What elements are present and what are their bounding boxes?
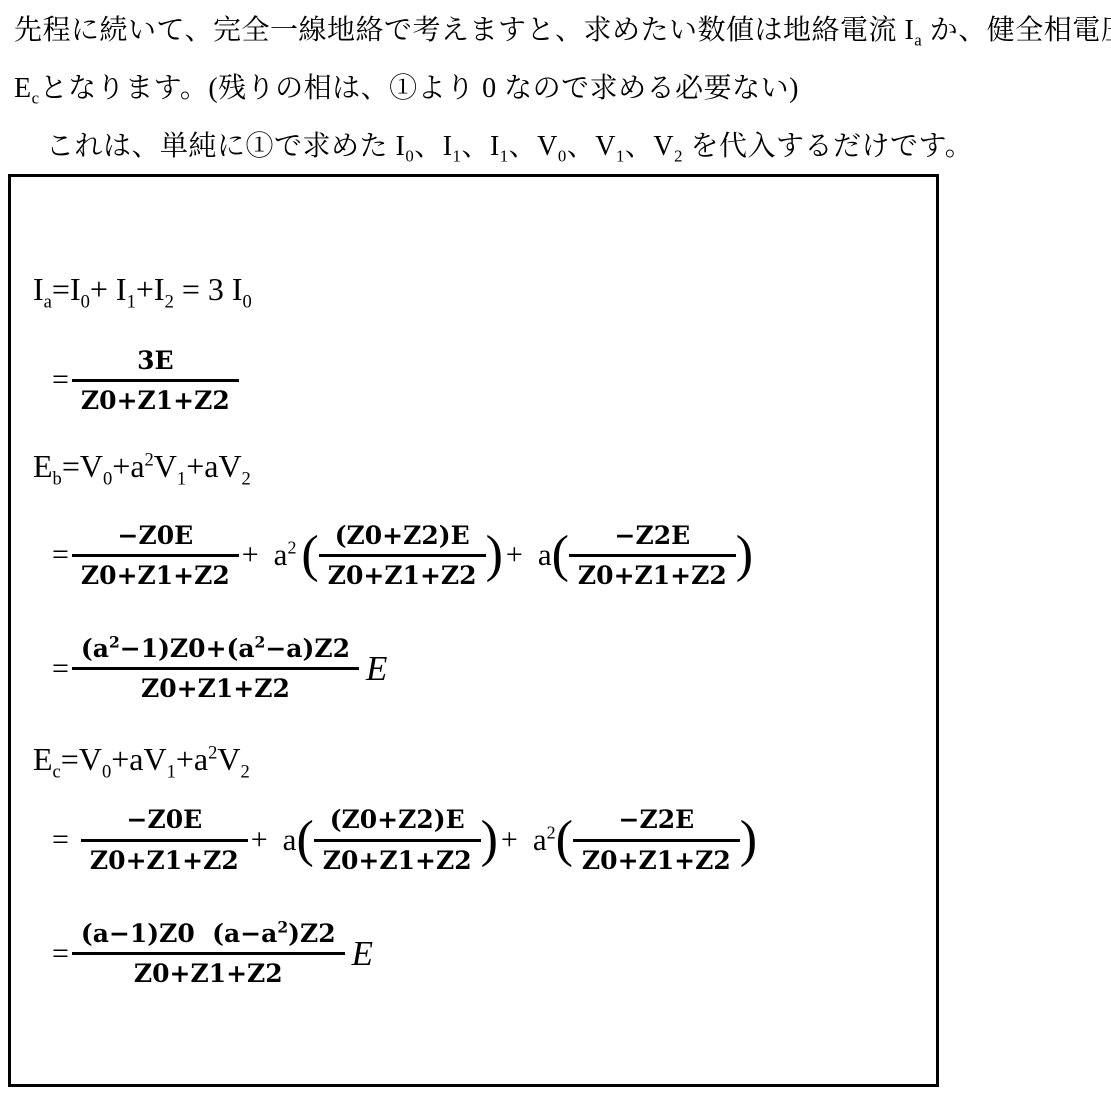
equation-ia-fraction-row: = 3E Z0+Z1+Z2 (49, 345, 936, 417)
denominator: Z0+Z1+Z2 (314, 842, 481, 876)
close-paren: ) (736, 529, 753, 581)
denominator: Z0+Z1+Z2 (72, 557, 239, 591)
fraction: −Z0E Z0+Z1+Z2 (81, 804, 248, 876)
close-paren: ) (740, 814, 757, 866)
numerator: −Z2E (569, 520, 736, 557)
coefficient-a-squared: a2 (274, 537, 297, 573)
equation-eb-line: Eb=V0+a2V1+aV2 (33, 446, 936, 488)
numerator: 3E (72, 345, 239, 382)
numerator: −Z0E (72, 520, 239, 557)
equals-sign: = (52, 538, 69, 572)
plus-sign: + (251, 823, 268, 857)
fraction: −Z2E Z0+Z1+Z2 (569, 520, 736, 592)
equation-eb-expansion-row: = −Z0E Z0+Z1+Z2 + a2 ( (Z0+Z2)E Z0+Z1+Z2… (49, 520, 936, 592)
open-paren: ( (296, 814, 313, 866)
denominator: Z0+Z1+Z2 (81, 842, 248, 876)
multiplier-E: E (366, 649, 387, 689)
equals-sign: = (52, 823, 69, 857)
denominator: Z0+Z1+Z2 (72, 955, 345, 989)
denominator: Z0+Z1+Z2 (72, 382, 239, 416)
fraction: (a−1)Z0 (a−a2)Z2 Z0+Z1+Z2 (72, 918, 345, 990)
intro-line-3: これは、単純に①で求めた I0、I1、I1、V0、V1、V2 を代入するだけです… (0, 118, 1111, 176)
fraction: (a2−1)Z0+(a2−a)Z2 Z0+Z1+Z2 (72, 633, 359, 705)
equals-sign: = (52, 652, 69, 686)
plus-sign: + (501, 823, 518, 857)
intro-line-2: Ecとなります。(残りの相は、①より 0 なので求める必要ない) (0, 60, 1111, 118)
fraction: 3E Z0+Z1+Z2 (72, 345, 239, 417)
fraction: (Z0+Z2)E Z0+Z1+Z2 (314, 804, 481, 876)
denominator: Z0+Z1+Z2 (72, 670, 359, 704)
numerator: (a2−1)Z0+(a2−a)Z2 (72, 633, 359, 670)
denominator: Z0+Z1+Z2 (569, 557, 736, 591)
document-page: 先程に続いて、完全一線地絡で考えますと、求めたい数値は地絡電流 Ia か、健全相… (0, 0, 1111, 1111)
formula-box: Ia=I0+ I1+I2 = 3 I0 = 3E Z0+Z1+Z2 Eb=V0+… (8, 174, 939, 1087)
numerator: −Z0E (81, 804, 248, 841)
open-paren: ( (552, 529, 569, 581)
denominator: Z0+Z1+Z2 (573, 842, 740, 876)
coefficient-a-squared: a2 (533, 822, 556, 858)
equals-sign: = (52, 937, 69, 971)
fraction: (Z0+Z2)E Z0+Z1+Z2 (319, 520, 486, 592)
open-paren: ( (301, 529, 318, 581)
denominator: Z0+Z1+Z2 (319, 557, 486, 591)
numerator: (Z0+Z2)E (314, 804, 481, 841)
plus-sign: + (506, 538, 523, 572)
equation-ec-result-row: = (a−1)Z0 (a−a2)Z2 Z0+Z1+Z2 E (49, 918, 936, 990)
fraction: −Z2E Z0+Z1+Z2 (573, 804, 740, 876)
numerator: −Z2E (573, 804, 740, 841)
coefficient-a: a (283, 822, 297, 858)
equals-sign: = (52, 363, 69, 397)
intro-line-1: 先程に続いて、完全一線地絡で考えますと、求めたい数値は地絡電流 Ia か、健全相… (0, 0, 1111, 60)
plus-sign: + (242, 538, 259, 572)
equation-ia-line: Ia=I0+ I1+I2 = 3 I0 (33, 269, 936, 311)
coefficient-a: a (538, 537, 552, 573)
multiplier-E: E (352, 934, 373, 974)
equation-eb-result-row: = (a2−1)Z0+(a2−a)Z2 Z0+Z1+Z2 E (49, 633, 936, 705)
close-paren: ) (481, 814, 498, 866)
open-paren: ( (556, 814, 573, 866)
equation-ec-expansion-row: = −Z0E Z0+Z1+Z2 + a ( (Z0+Z2)E Z0+Z1+Z2 … (49, 804, 936, 876)
numerator: (a−1)Z0 (a−a2)Z2 (72, 918, 345, 955)
equation-ec-line: Ec=V0+aV1+a2V2 (33, 739, 936, 781)
fraction: −Z0E Z0+Z1+Z2 (72, 520, 239, 592)
close-paren: ) (486, 529, 503, 581)
numerator: (Z0+Z2)E (319, 520, 486, 557)
